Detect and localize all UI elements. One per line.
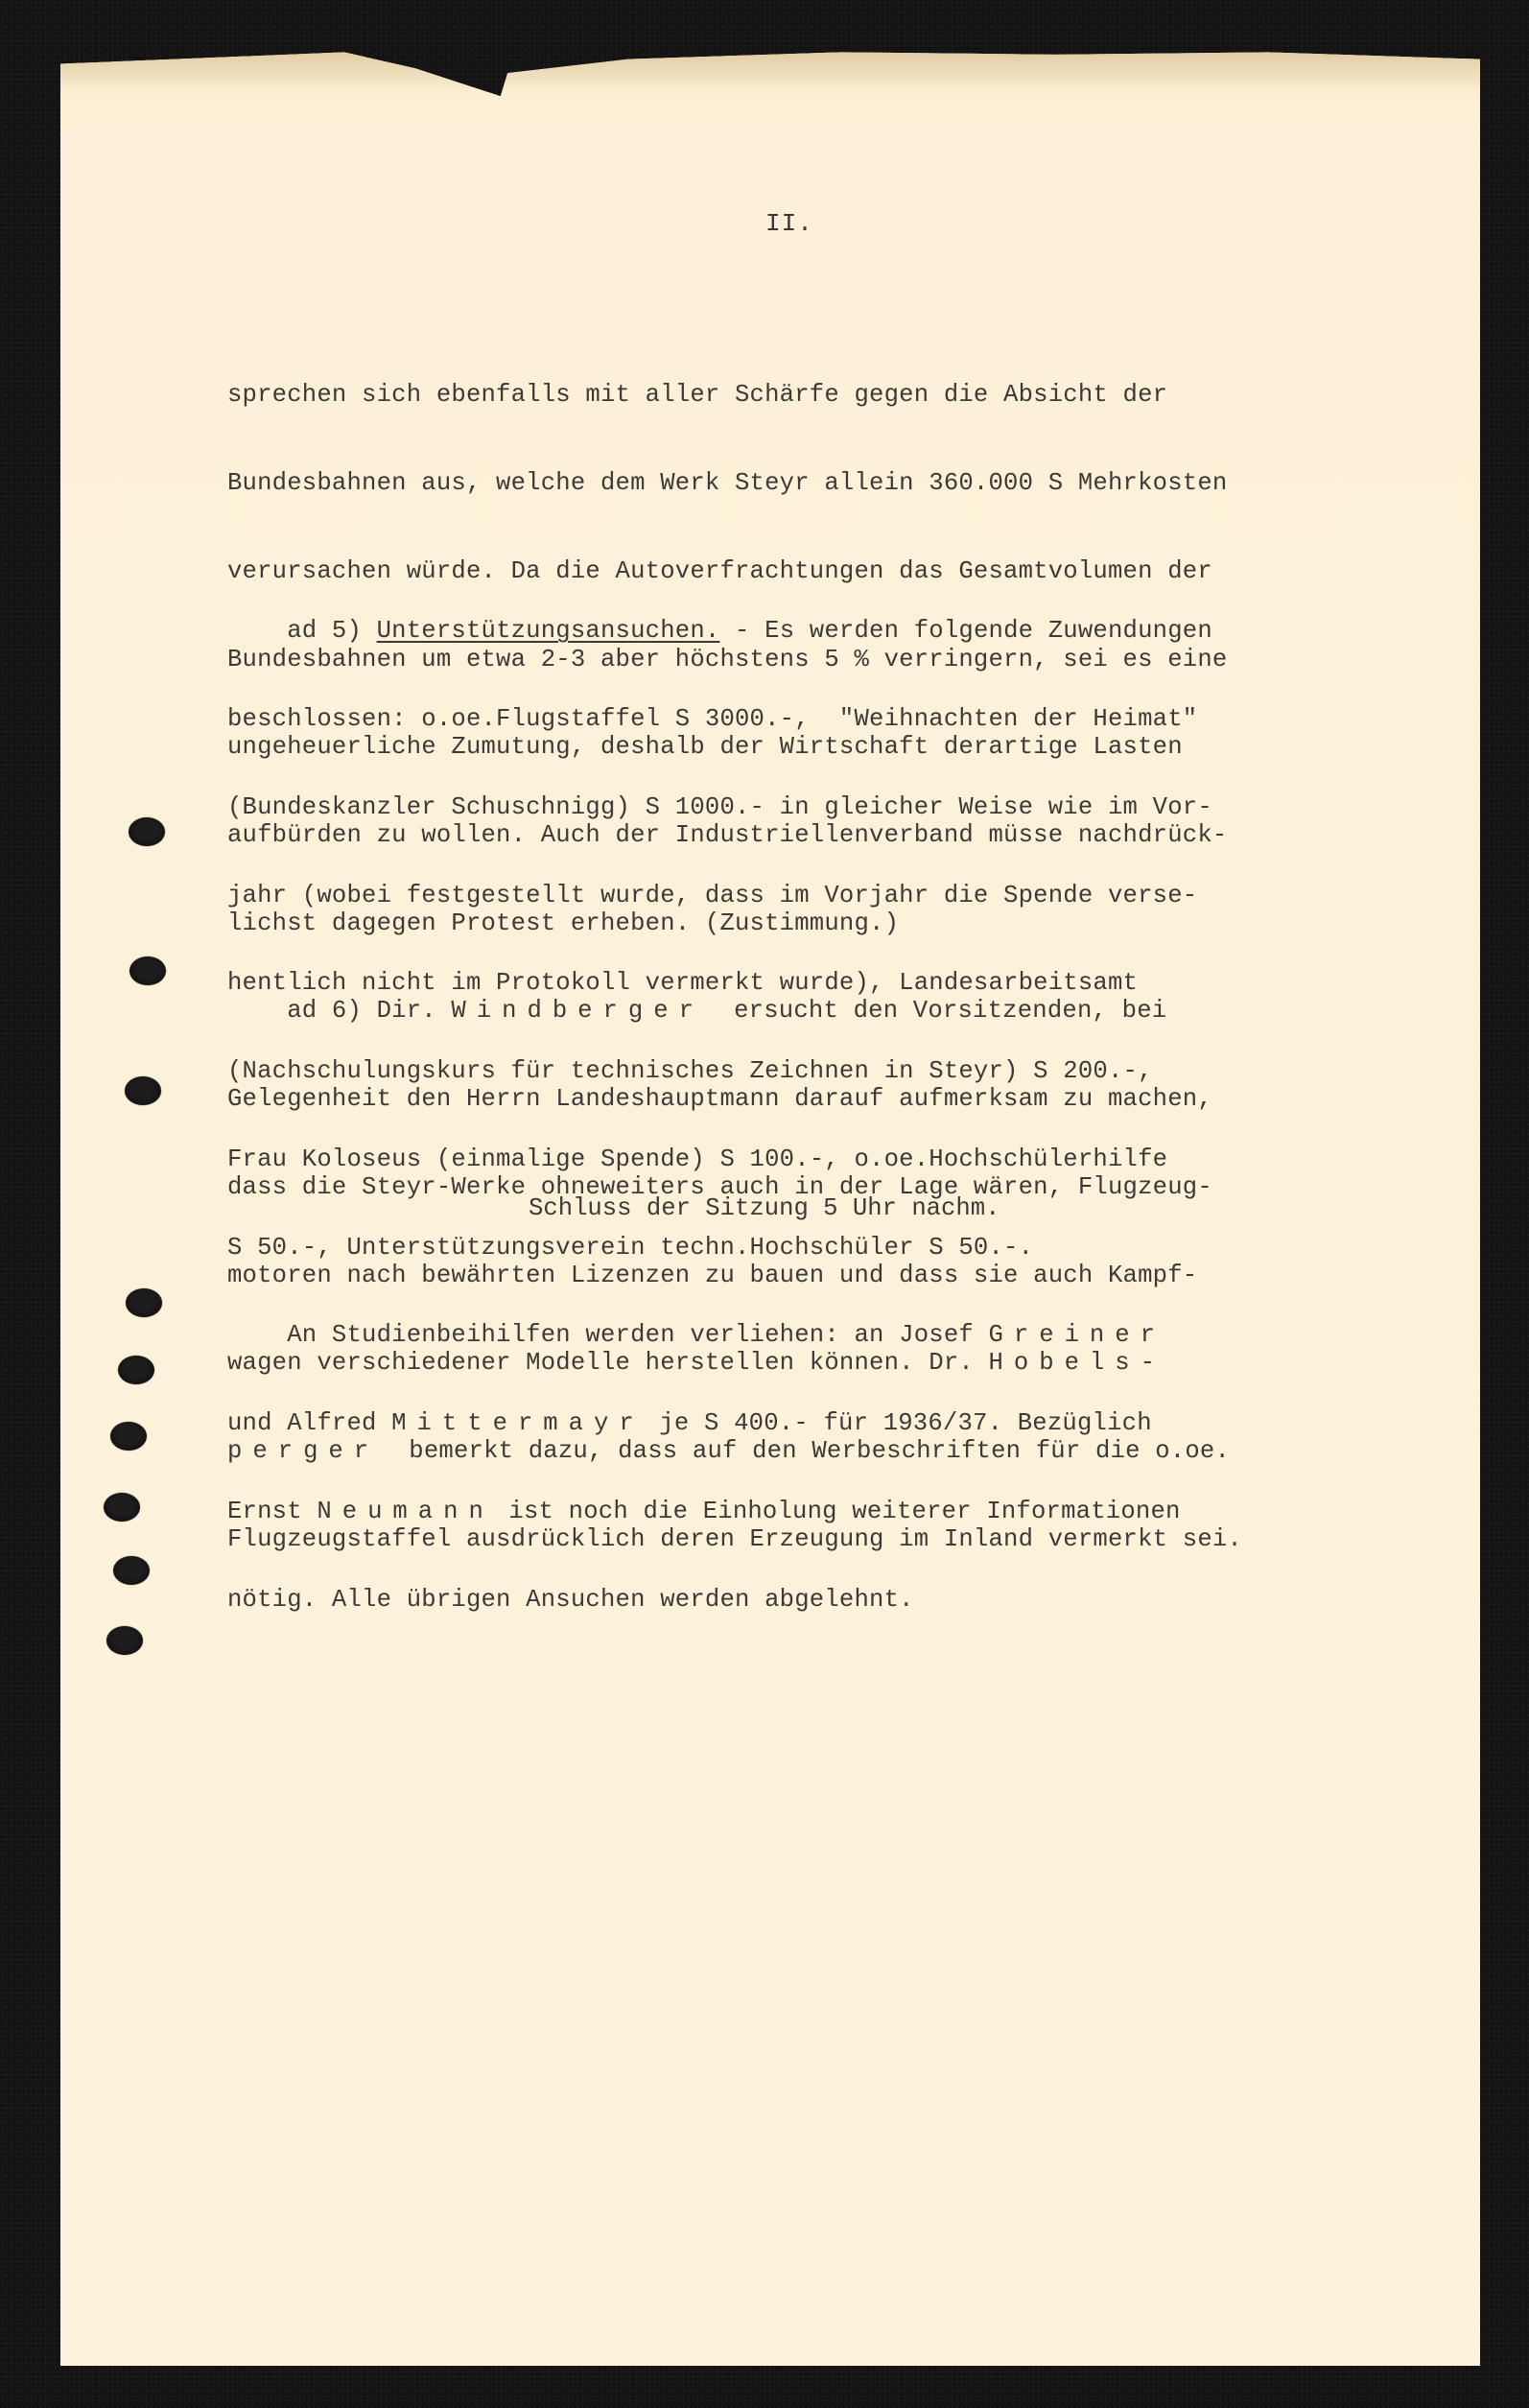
person-name: Windberger [451, 997, 704, 1025]
punch-hole [129, 956, 166, 985]
punch-hole [118, 1356, 154, 1384]
text-line: Gelegenheit den Herrn Landeshauptmann da… [227, 1085, 1398, 1115]
text-line: ad 5) Unterstützungsansuchen. - Es werde… [227, 617, 1398, 647]
punch-hole [106, 1626, 143, 1655]
item-prefix: ad 5) [227, 617, 377, 645]
text-segment: wagen verschiedener Modelle herstellen k… [227, 1349, 989, 1377]
page-number: II. [765, 209, 813, 238]
text-segment: - [1141, 1349, 1156, 1377]
text-segment: ad 6) Dir. [227, 997, 451, 1025]
text-line: sprechen sich ebenfalls mit aller Schärf… [227, 381, 1398, 411]
text-line: perger bemerkt dazu, dass auf den Werbes… [227, 1437, 1398, 1467]
text-segment: - Es werden folgende Zuwendungen [719, 617, 1211, 645]
punch-hole [126, 1288, 162, 1317]
paragraph-ad-6: ad 6) Dir. Windberger ersucht den Vorsit… [227, 938, 1398, 1584]
punch-hole [125, 1076, 161, 1105]
text-segment: bemerkt dazu, dass auf den Werbeschrifte… [379, 1437, 1230, 1465]
person-name: perger [227, 1437, 379, 1465]
punch-hole [113, 1556, 150, 1585]
torn-edge-shading [60, 50, 1480, 93]
text-line: Bundesbahnen aus, welche dem Werk Steyr … [227, 469, 1398, 499]
punch-hole [110, 1422, 147, 1451]
person-name: Hobels [989, 1349, 1141, 1377]
text-segment: ersucht den Vorsitzenden, bei [704, 997, 1166, 1025]
text-line: beschlossen: o.oe.Flugstaffel S 3000.-, … [227, 705, 1398, 735]
text-line: motoren nach bewährten Lizenzen zu bauen… [227, 1262, 1398, 1291]
punch-hole [104, 1493, 140, 1522]
closing-remark: Schluss der Sitzung 5 Uhr nachm. [529, 1194, 1000, 1222]
text-line: ad 6) Dir. Windberger ersucht den Vorsit… [227, 997, 1398, 1027]
text-line: (Bundeskanzler Schuschnigg) S 1000.- in … [227, 793, 1398, 823]
text-line: jahr (wobei festgestellt wurde, dass im … [227, 882, 1398, 911]
text-line: Flugzeugstaffel ausdrücklich deren Erzeu… [227, 1525, 1398, 1555]
section-heading: Unterstützungsansuchen. [377, 617, 720, 645]
punch-hole [129, 817, 165, 846]
text-line: wagen verschiedener Modelle herstellen k… [227, 1349, 1398, 1379]
text-line: nötig. Alle übrigen Ansuchen werden abge… [227, 1586, 1398, 1616]
